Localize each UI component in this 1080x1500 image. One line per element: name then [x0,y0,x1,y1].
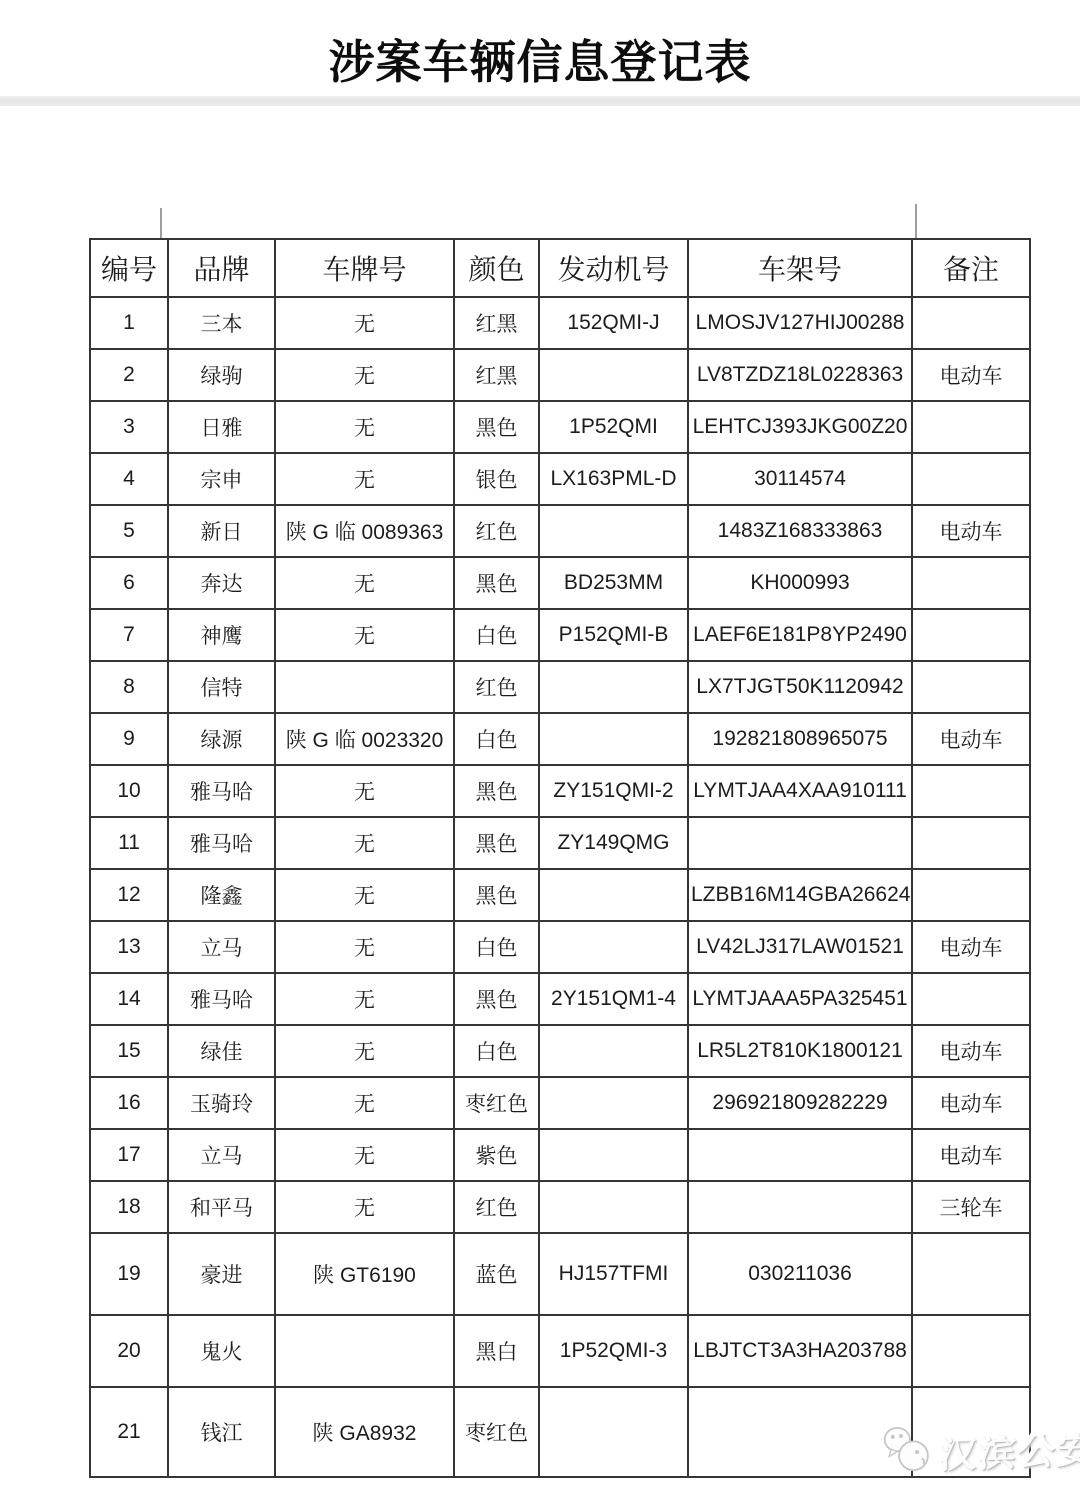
cell-plate-number: 无 [275,1025,454,1077]
column-header-frame-number: 车架号 [688,239,912,297]
cell-plate-number: 无 [275,817,454,869]
cell-plate-number: 无 [275,765,454,817]
cell-frame-number: 296921809282229 [688,1077,912,1129]
table-row: 20鬼火黑白1P52QMI-3LBJTCT3A3HA203788 [90,1315,1030,1387]
table-row: 13立马无白色LV42LJ317LAW01521电动车 [90,921,1030,973]
table-row: 17立马无紫色电动车 [90,1129,1030,1181]
cell-brand: 绿源 [168,713,275,765]
cell-color: 白色 [454,1025,539,1077]
cell-frame-number: LYMTJAAA5PA325451 [688,973,912,1025]
cell-plate-number: 无 [275,557,454,609]
cell-color: 枣红色 [454,1387,539,1477]
cell-plate-number: 陕 G 临 0089363 [275,505,454,557]
cell-engine-number: 1P52QMI [539,401,688,453]
cell-number: 16 [90,1077,168,1129]
cell-number: 5 [90,505,168,557]
table-row: 5新日陕 G 临 0089363红色1483Z168333863电动车 [90,505,1030,557]
cell-frame-number: LYMTJAA4XAA910111 [688,765,912,817]
cell-brand: 宗申 [168,453,275,505]
cell-remark: 电动车 [912,921,1030,973]
table-row: 1三本无红黑152QMI-JLMOSJV127HIJ00288 [90,297,1030,349]
cell-remark [912,817,1030,869]
cell-color: 红黑 [454,297,539,349]
cell-brand: 雅马哈 [168,973,275,1025]
cell-number: 11 [90,817,168,869]
cell-remark [912,661,1030,713]
cell-remark [912,869,1030,921]
cell-frame-number: LZBB16M14GBA26624 [688,869,912,921]
cell-remark: 三轮车 [912,1181,1030,1233]
cell-brand: 绿佳 [168,1025,275,1077]
cell-engine-number: 1P52QMI-3 [539,1315,688,1387]
cell-color: 黑色 [454,401,539,453]
cell-remark [912,609,1030,661]
cell-brand: 雅马哈 [168,817,275,869]
cell-color: 白色 [454,609,539,661]
cell-remark [912,297,1030,349]
cell-brand: 钱江 [168,1387,275,1477]
cell-plate-number: 无 [275,297,454,349]
cell-number: 10 [90,765,168,817]
cell-color: 红黑 [454,349,539,401]
cell-color: 黑色 [454,557,539,609]
cell-frame-number: LR5L2T810K1800121 [688,1025,912,1077]
cell-brand: 豪进 [168,1233,275,1315]
cell-brand: 立马 [168,1129,275,1181]
table-row: 3日雅无黑色1P52QMILEHTCJ393JKG00Z20 [90,401,1030,453]
cell-frame-number [688,1181,912,1233]
cell-plate-number: 无 [275,349,454,401]
table-row: 21钱江陕 GA8932枣红色 [90,1387,1030,1477]
cell-engine-number: ZY151QMI-2 [539,765,688,817]
cell-engine-number: BD253MM [539,557,688,609]
column-header-brand: 品牌 [168,239,275,297]
cell-color: 黑色 [454,869,539,921]
cell-frame-number: LBJTCT3A3HA203788 [688,1315,912,1387]
cell-plate-number: 无 [275,609,454,661]
table-row: 6奔达无黑色BD253MMKH000993 [90,557,1030,609]
vehicle-info-table: 编号品牌车牌号颜色发动机号车架号备注 1三本无红黑152QMI-JLMOSJV1… [89,238,1031,1478]
cell-color: 枣红色 [454,1077,539,1129]
cell-engine-number [539,1387,688,1477]
cell-color: 紫色 [454,1129,539,1181]
table-artifact-tick-left [160,208,162,238]
cell-frame-number: LEHTCJ393JKG00Z20 [688,401,912,453]
table-row: 4宗申无银色LX163PML-D30114574 [90,453,1030,505]
cell-number: 19 [90,1233,168,1315]
cell-color: 黑白 [454,1315,539,1387]
cell-frame-number: 030211036 [688,1233,912,1315]
cell-plate-number: 无 [275,1129,454,1181]
cell-brand: 奔达 [168,557,275,609]
cell-remark: 电动车 [912,1129,1030,1181]
cell-frame-number [688,1129,912,1181]
cell-remark [912,1387,1030,1477]
cell-remark: 电动车 [912,505,1030,557]
cell-color: 黑色 [454,973,539,1025]
cell-remark [912,765,1030,817]
cell-number: 2 [90,349,168,401]
column-header-remark: 备注 [912,239,1030,297]
cell-engine-number: P152QMI-B [539,609,688,661]
cell-engine-number [539,505,688,557]
cell-number: 7 [90,609,168,661]
cell-plate-number [275,661,454,713]
cell-frame-number: LV42LJ317LAW01521 [688,921,912,973]
cell-engine-number: LX163PML-D [539,453,688,505]
cell-brand: 信特 [168,661,275,713]
cell-frame-number: 1483Z168333863 [688,505,912,557]
cell-plate-number: 无 [275,869,454,921]
cell-frame-number: LV8TZDZ18L0228363 [688,349,912,401]
cell-engine-number [539,921,688,973]
table-row: 16玉骑玲无枣红色296921809282229电动车 [90,1077,1030,1129]
table-artifact-tick-right [915,204,917,238]
cell-frame-number: 192821808965075 [688,713,912,765]
cell-color: 蓝色 [454,1233,539,1315]
cell-number: 21 [90,1387,168,1477]
cell-number: 8 [90,661,168,713]
cell-color: 红色 [454,1181,539,1233]
cell-number: 9 [90,713,168,765]
cell-frame-number: KH000993 [688,557,912,609]
cell-number: 14 [90,973,168,1025]
cell-brand: 神鹰 [168,609,275,661]
table-row: 12隆鑫无黑色LZBB16M14GBA26624 [90,869,1030,921]
document-page: 涉案车辆信息登记表 编号品牌车牌号颜色发动机号车架号备注 1三本无红黑152QM… [0,0,1080,1500]
cell-plate-number: 无 [275,453,454,505]
cell-frame-number: LMOSJV127HIJ00288 [688,297,912,349]
cell-frame-number: LX7TJGT50K1120942 [688,661,912,713]
cell-color: 黑色 [454,765,539,817]
cell-plate-number: 陕 GT6190 [275,1233,454,1315]
column-header-plate-number: 车牌号 [275,239,454,297]
cell-frame-number: LAEF6E181P8YP2490 [688,609,912,661]
cell-color: 白色 [454,713,539,765]
cell-number: 17 [90,1129,168,1181]
cell-engine-number: 152QMI-J [539,297,688,349]
column-header-number: 编号 [90,239,168,297]
cell-brand: 新日 [168,505,275,557]
cell-engine-number [539,869,688,921]
table-row: 7神鹰无白色P152QMI-BLAEF6E181P8YP2490 [90,609,1030,661]
table-row: 15绿佳无白色LR5L2T810K1800121电动车 [90,1025,1030,1077]
table-row: 19豪进陕 GT6190蓝色HJ157TFMI030211036 [90,1233,1030,1315]
cell-remark [912,1233,1030,1315]
cell-remark: 电动车 [912,713,1030,765]
cell-engine-number: ZY149QMG [539,817,688,869]
cell-remark: 电动车 [912,1077,1030,1129]
table-row: 9绿源陕 G 临 0023320白色192821808965075电动车 [90,713,1030,765]
cell-brand: 日雅 [168,401,275,453]
cell-engine-number [539,661,688,713]
cell-color: 红色 [454,661,539,713]
cell-plate-number: 陕 G 临 0023320 [275,713,454,765]
cell-number: 3 [90,401,168,453]
cell-remark [912,401,1030,453]
cell-color: 白色 [454,921,539,973]
cell-color: 银色 [454,453,539,505]
table-row: 10雅马哈无黑色ZY151QMI-2LYMTJAA4XAA910111 [90,765,1030,817]
cell-number: 20 [90,1315,168,1387]
cell-engine-number: HJ157TFMI [539,1233,688,1315]
cell-remark: 电动车 [912,1025,1030,1077]
cell-remark [912,453,1030,505]
page-title: 涉案车辆信息登记表 [0,26,1080,92]
cell-brand: 和平马 [168,1181,275,1233]
table-row: 8信特红色LX7TJGT50K1120942 [90,661,1030,713]
cell-number: 15 [90,1025,168,1077]
cell-remark [912,557,1030,609]
cell-engine-number [539,1025,688,1077]
cell-color: 黑色 [454,817,539,869]
cell-plate-number: 陕 GA8932 [275,1387,454,1477]
cell-frame-number [688,817,912,869]
cell-plate-number: 无 [275,401,454,453]
cell-plate-number: 无 [275,1077,454,1129]
cell-number: 6 [90,557,168,609]
cell-remark [912,973,1030,1025]
cell-plate-number: 无 [275,1181,454,1233]
table-row: 18和平马无红色三轮车 [90,1181,1030,1233]
cell-number: 13 [90,921,168,973]
cell-brand: 三本 [168,297,275,349]
cell-number: 18 [90,1181,168,1233]
table-row: 14雅马哈无黑色2Y151QM1-4LYMTJAAA5PA325451 [90,973,1030,1025]
cell-brand: 绿驹 [168,349,275,401]
cell-plate-number [275,1315,454,1387]
cell-engine-number [539,1181,688,1233]
cell-number: 4 [90,453,168,505]
cell-brand: 立马 [168,921,275,973]
cell-color: 红色 [454,505,539,557]
cell-engine-number [539,1129,688,1181]
cell-remark: 电动车 [912,349,1030,401]
cell-engine-number: 2Y151QM1-4 [539,973,688,1025]
cell-engine-number [539,349,688,401]
cell-frame-number [688,1387,912,1477]
cell-brand: 雅马哈 [168,765,275,817]
cell-plate-number: 无 [275,973,454,1025]
cell-engine-number [539,1077,688,1129]
cell-frame-number: 30114574 [688,453,912,505]
cell-brand: 隆鑫 [168,869,275,921]
cell-number: 12 [90,869,168,921]
column-header-color: 颜色 [454,239,539,297]
divider-band [0,96,1080,106]
table-row: 11雅马哈无黑色ZY149QMG [90,817,1030,869]
cell-number: 1 [90,297,168,349]
cell-brand: 玉骑玲 [168,1077,275,1129]
cell-remark [912,1315,1030,1387]
column-header-engine-number: 发动机号 [539,239,688,297]
cell-plate-number: 无 [275,921,454,973]
cell-engine-number [539,713,688,765]
table-row: 2绿驹无红黑LV8TZDZ18L0228363电动车 [90,349,1030,401]
table-header-row: 编号品牌车牌号颜色发动机号车架号备注 [90,239,1030,297]
cell-brand: 鬼火 [168,1315,275,1387]
